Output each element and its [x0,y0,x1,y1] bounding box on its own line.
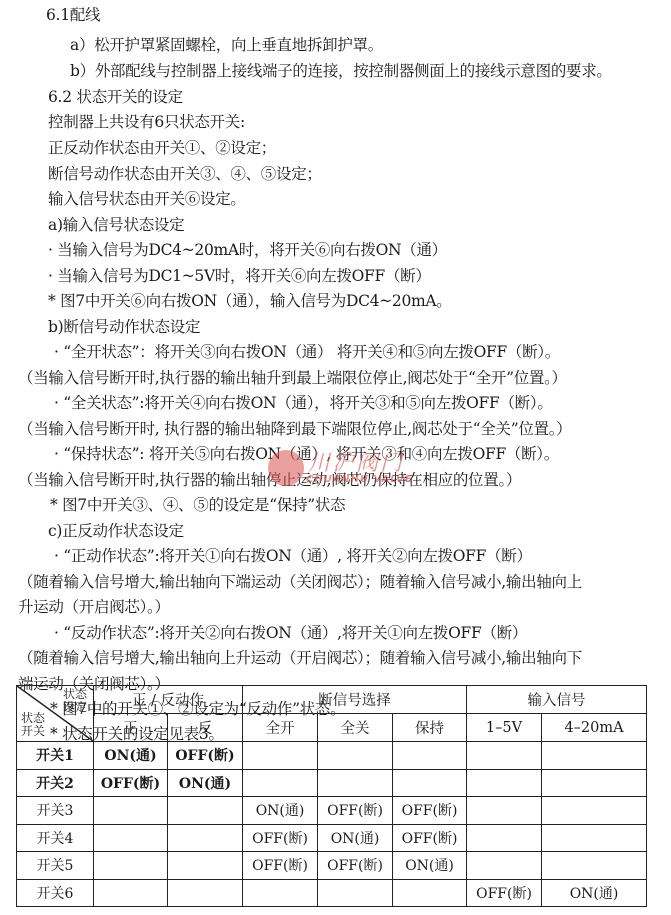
row-label: 开关3 [17,797,94,825]
table-cell: ON(通) [318,824,393,852]
text-line: （当输入信号断开时,执行器的输出轴停止运动,阀芯仍保持在相应的位置。） [18,468,521,492]
text-line: 控制器上共设有6只状态开关: [48,110,245,134]
corner-label-line: 设定 [63,701,87,714]
text-line: * 图7中开关③、④、⑤的设定是“保持”状态 [50,493,345,517]
row-label: 开关4 [17,824,94,852]
table-corner-cell: 状态 设定 状态 开关 [17,686,94,742]
table-body: 开关1ON(通)OFF(断)开关2OFF(断)ON(通)开关3ON(通)OFF(… [17,742,647,907]
text-line: （当输入信号断开时, 执行器的输出轴降到最下端限位停止,阀芯处于“全关”位置。） [18,417,571,441]
text-line: a）松开护罩紧固螺栓，向上垂直地拆卸护罩。 [70,33,383,57]
row-label: 开关2 [17,769,94,797]
text-line: b）外部配线与控制器上接线端子的连接，按控制器侧面上的接线示意图的要求。 [70,59,612,83]
table-cell [243,769,318,797]
row-label: 开关5 [17,852,94,880]
subheader-full-open: 全开 [243,714,318,742]
text-line: 升运动（开启阀芯）。） [18,595,170,619]
table-cell: ON(通) [94,742,168,770]
table-cell [94,824,168,852]
text-line: （当输入信号断开时,执行器的输出轴升到最上端限位停止,阀芯处于“全开”位置。） [18,366,567,390]
table-row: 开关5OFF(断)OFF(断)ON(通) [17,852,647,880]
table-cell [393,742,467,770]
text-line: · 当输入信号为DC4~20mA时，将开关⑥向右拨ON（通） [48,238,447,262]
table-cell [542,742,647,770]
text-line: c)正反动作状态设定 [48,519,184,543]
table-cell [243,742,318,770]
table-cell [542,852,647,880]
table-cell: ON(通) [243,797,318,825]
subheader-forward: 正 [94,714,168,742]
text-line: 6.2 状态开关的设定 [48,85,183,109]
table-cell: OFF(断) [393,824,467,852]
table-cell [467,742,542,770]
table-cell [467,797,542,825]
text-line: · “反动作状态”:将开关②向右拨ON（通）,将开关①向左拨OFF（断） [54,621,527,645]
subheader-reverse: 反 [168,714,243,742]
table-cell: OFF(断) [318,797,393,825]
table-cell [467,824,542,852]
table-cell: OFF(断) [243,852,318,880]
table-cell [168,879,243,907]
table-cell [542,769,647,797]
group-header-signal-loss: 断信号选择 [243,686,467,714]
group-header-direction: 正 / 反动作 [94,686,243,714]
subheader-4-20ma: 4–20mA [542,714,647,742]
table-cell [94,797,168,825]
subheader-1-5v: 1–5V [467,714,542,742]
text-line: a)输入信号状态设定 [48,213,184,237]
text-line: 正反动作状态由开关①、②设定； [48,136,276,160]
text-line: b)断信号动作状态设定 [48,315,200,339]
table-cell [467,852,542,880]
table-cell: OFF(断) [393,797,467,825]
row-label: 开关6 [17,879,94,907]
text-line: · “全关状态”:将开关④向右拨ON（通），将开关③和⑤向左拨OFF（断）。 [54,391,553,415]
table-cell [318,769,393,797]
table-cell [94,852,168,880]
table-cell [467,769,542,797]
corner-label-line: 开关 [21,725,45,738]
table-cell: OFF(断) [168,742,243,770]
table-header-row-sub: 正 反 全开 全关 保持 1–5V 4–20mA [17,714,647,742]
table-cell: OFF(断) [467,879,542,907]
text-line: * 图7中开关⑥向右拨ON（通），输入信号为DC4~20mA。 [48,289,452,313]
table-header-row-groups: 状态 设定 状态 开关 正 / 反动作 断信号选择 输入信号 [17,686,647,714]
table-row: 开关1ON(通)OFF(断) [17,742,647,770]
text-line: · 当输入信号为DC1~5V时，将开关⑥向左拨OFF（断） [48,264,431,288]
text-line: 断信号动作状态由开关③、④、⑤设定； [48,162,322,186]
table-cell: OFF(断) [94,769,168,797]
table-cell: OFF(断) [243,824,318,852]
text-line: （随着输入信号增大,输出轴向上升运动（开启阀芯）；随着输入信号减小,输出轴向下 [18,646,582,670]
text-line: · “保持状态”: 将开关⑤向右拨ON（通）, 将开关③和④向左拨OFF（断）。 [54,442,559,466]
table-cell [318,879,393,907]
table-cell: OFF(断) [318,852,393,880]
row-label: 开关1 [17,742,94,770]
table-cell [318,742,393,770]
table-cell [168,824,243,852]
table-row: 开关4OFF(断)ON(通)OFF(断) [17,824,647,852]
subheader-full-close: 全关 [318,714,393,742]
text-line: · “全开状态”：将开关③向右拨ON（通） 将开关④和⑤向左拨OFF（断）。 [54,340,560,364]
table-cell: ON(通) [393,852,467,880]
text-line: 6.1配线 [46,3,100,27]
corner-label-setting: 状态 设定 [63,688,87,714]
table-cell [542,824,647,852]
table-cell [243,879,318,907]
table-cell: ON(通) [542,879,647,907]
table-cell [393,879,467,907]
text-line: · “正动作状态”:将开关①向右拨ON（通）, 将开关②向左拨OFF（断） [54,544,532,568]
corner-label-switch: 状态 开关 [21,712,45,738]
table-row: 开关3ON(通)OFF(断)OFF(断) [17,797,647,825]
text-line: 输入信号状态由开关⑥设定。 [48,187,246,211]
switch-settings-table: 状态 设定 状态 开关 正 / 反动作 断信号选择 输入信号 正 反 全开 全关… [16,685,647,907]
table-cell [168,797,243,825]
group-header-input-signal: 输入信号 [467,686,647,714]
table-row: 开关6OFF(断)ON(通) [17,879,647,907]
table-cell [94,879,168,907]
table-cell [542,797,647,825]
table-row: 开关2OFF(断)ON(通) [17,769,647,797]
table-cell [168,852,243,880]
subheader-hold: 保持 [393,714,467,742]
text-line: （随着输入信号增大,输出轴向下端运动（关闭阀芯）；随着输入信号减小,输出轴向上 [18,570,582,594]
table-cell [393,769,467,797]
table-cell: ON(通) [168,769,243,797]
